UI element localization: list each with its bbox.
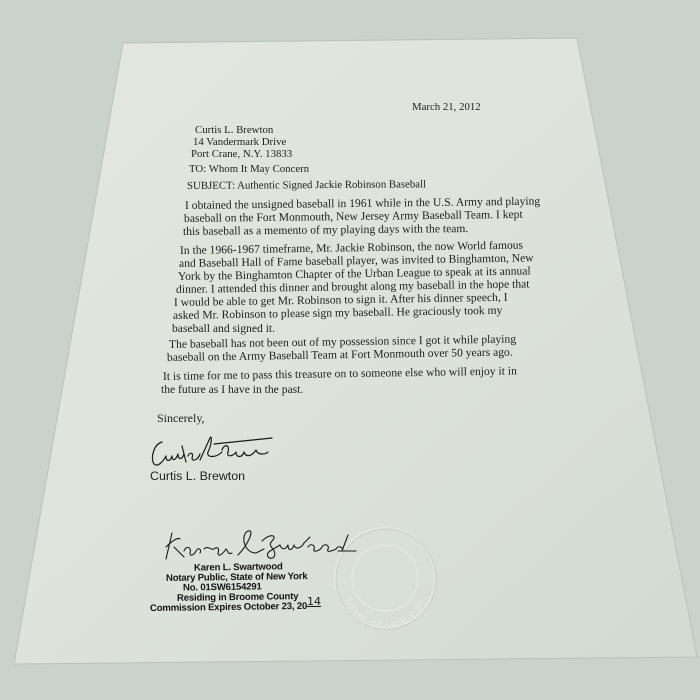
paragraph-4-line-2: the future as I have in the past. bbox=[161, 384, 303, 396]
commission-year-handwritten: 14 bbox=[307, 595, 321, 608]
signer-name: Curtis L. Brewton bbox=[150, 470, 245, 482]
signature-karen-swartwood bbox=[160, 527, 360, 563]
sender-name: Curtis L. Brewton bbox=[195, 125, 273, 136]
letter-closing: Sincerely, bbox=[157, 412, 205, 424]
paragraph-1-line-3: this baseball as a memento of my playing… bbox=[183, 223, 468, 238]
paragraph-2-line-7: baseball and signed it. bbox=[172, 323, 275, 335]
notary-commission: Commission Expires October 23, 20 bbox=[150, 601, 307, 614]
letter-subject: SUBJECT: Authentic Signed Jackie Robinso… bbox=[187, 179, 426, 191]
letter-date: March 21, 2012 bbox=[412, 102, 481, 113]
letter-recipient: TO: Whom It May Concern bbox=[189, 164, 309, 175]
sender-city: Port Crane, N.Y. 13833 bbox=[191, 149, 292, 160]
signature-curtis-brewton bbox=[148, 430, 278, 470]
sender-street: 14 Vandermark Drive bbox=[193, 137, 286, 148]
